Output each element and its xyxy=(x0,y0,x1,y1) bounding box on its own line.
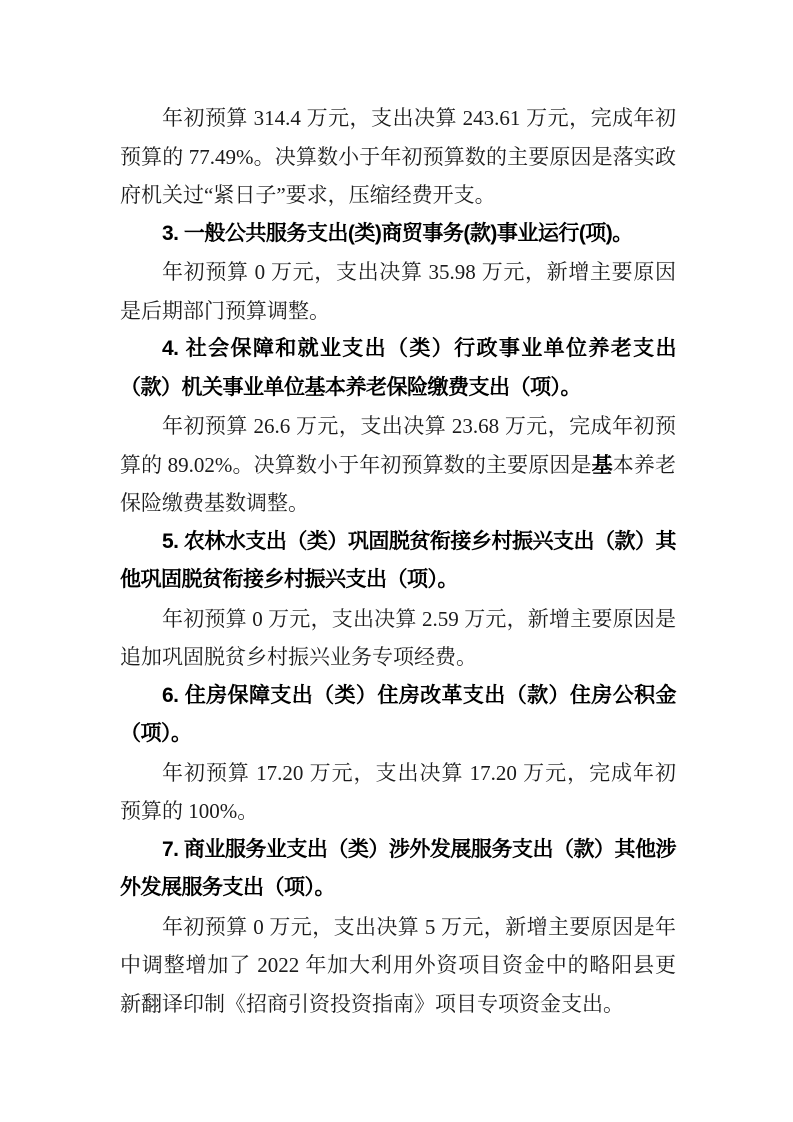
heading-6-housing-security-fund: 6. 住房保障支出（类）住房改革支出（款）住房公积金（项）。 xyxy=(120,677,676,754)
para-7-budget-detail: 年初预算 0 万元，支出决算 5 万元，新增主要原因是年中调整增加了 2022 … xyxy=(120,908,676,1024)
heading-3-commerce-affairs: 3. 一般公共服务支出(类)商贸事务(款)事业运行(项)。 xyxy=(120,215,676,254)
para-5-budget-detail: 年初预算 0 万元，支出决算 2.59 万元，新增主要原因是追加巩固脱贫乡村振兴… xyxy=(120,600,676,677)
para-4-budget-detail: 年初预算 26.6 万元，支出决算 23.68 万元，完成年初预算的 89.02… xyxy=(120,407,676,523)
heading-5-agriculture-rural-revitalization: 5. 农林水支出（类）巩固脱贫衔接乡村振兴支出（款）其他巩固脱贫衔接乡村振兴支出… xyxy=(120,523,676,600)
para-6-budget-detail: 年初预算 17.20 万元，支出决算 17.20 万元，完成年初预算的 100%… xyxy=(120,754,676,831)
para-admin-operation-budget: 年初预算 314.4 万元，支出决算 243.61 万元，完成年初预算的 77.… xyxy=(120,99,676,215)
document-page: 年初预算 314.4 万元，支出决算 243.61 万元，完成年初预算的 77.… xyxy=(0,0,793,1122)
heading-4-social-security-pension: 4. 社会保障和就业支出（类）行政事业单位养老支出（款）机关事业单位基本养老保险… xyxy=(120,330,676,407)
para-4-segment-bold: 基 xyxy=(592,453,613,477)
para-3-budget-detail: 年初预算 0 万元，支出决算 35.98 万元，新增主要原因是后期部门预算调整。 xyxy=(120,253,676,330)
document-body: 年初预算 314.4 万元，支出决算 243.61 万元，完成年初预算的 77.… xyxy=(120,99,676,1023)
heading-7-commercial-foreign-services: 7. 商业服务业支出（类）涉外发展服务支出（款）其他涉外发展服务支出（项）。 xyxy=(120,831,676,908)
